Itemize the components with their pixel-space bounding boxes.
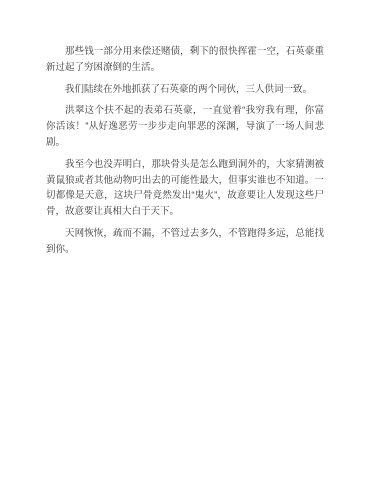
paragraph: 那些钱一部分用来偿还赌债，剩下的很快挥霍一空，石英豪重新过起了穷困潦倒的生活。 [46, 44, 324, 76]
paragraph: 我至今也没弄明白，那块骨头是怎么跑到洞外的，大家猜测被黄鼠狼或者其他动物叼出去的… [46, 157, 324, 220]
ebook-page: 那些钱一部分用来偿还赌债，剩下的很快挥霍一空，石英豪重新过起了穷困潦倒的生活。 … [0, 0, 370, 480]
paragraph: 洪翠这个扶不起的表弟石英豪，一直觉着“我穷我有理，你富你活该！”从好逸恶劳一步步… [46, 103, 324, 150]
paragraph: 我们陆续在外地抓获了石英豪的两个同伙，三人供词一致。 [46, 82, 324, 98]
paragraph: 天网恢恢，疏而不漏，不管过去多久，不管跑得多远，总能找到你。 [46, 226, 324, 258]
reading-text-block: 那些钱一部分用来偿还赌债，剩下的很快挥霍一空，石英豪重新过起了穷困潦倒的生活。 … [46, 44, 324, 264]
